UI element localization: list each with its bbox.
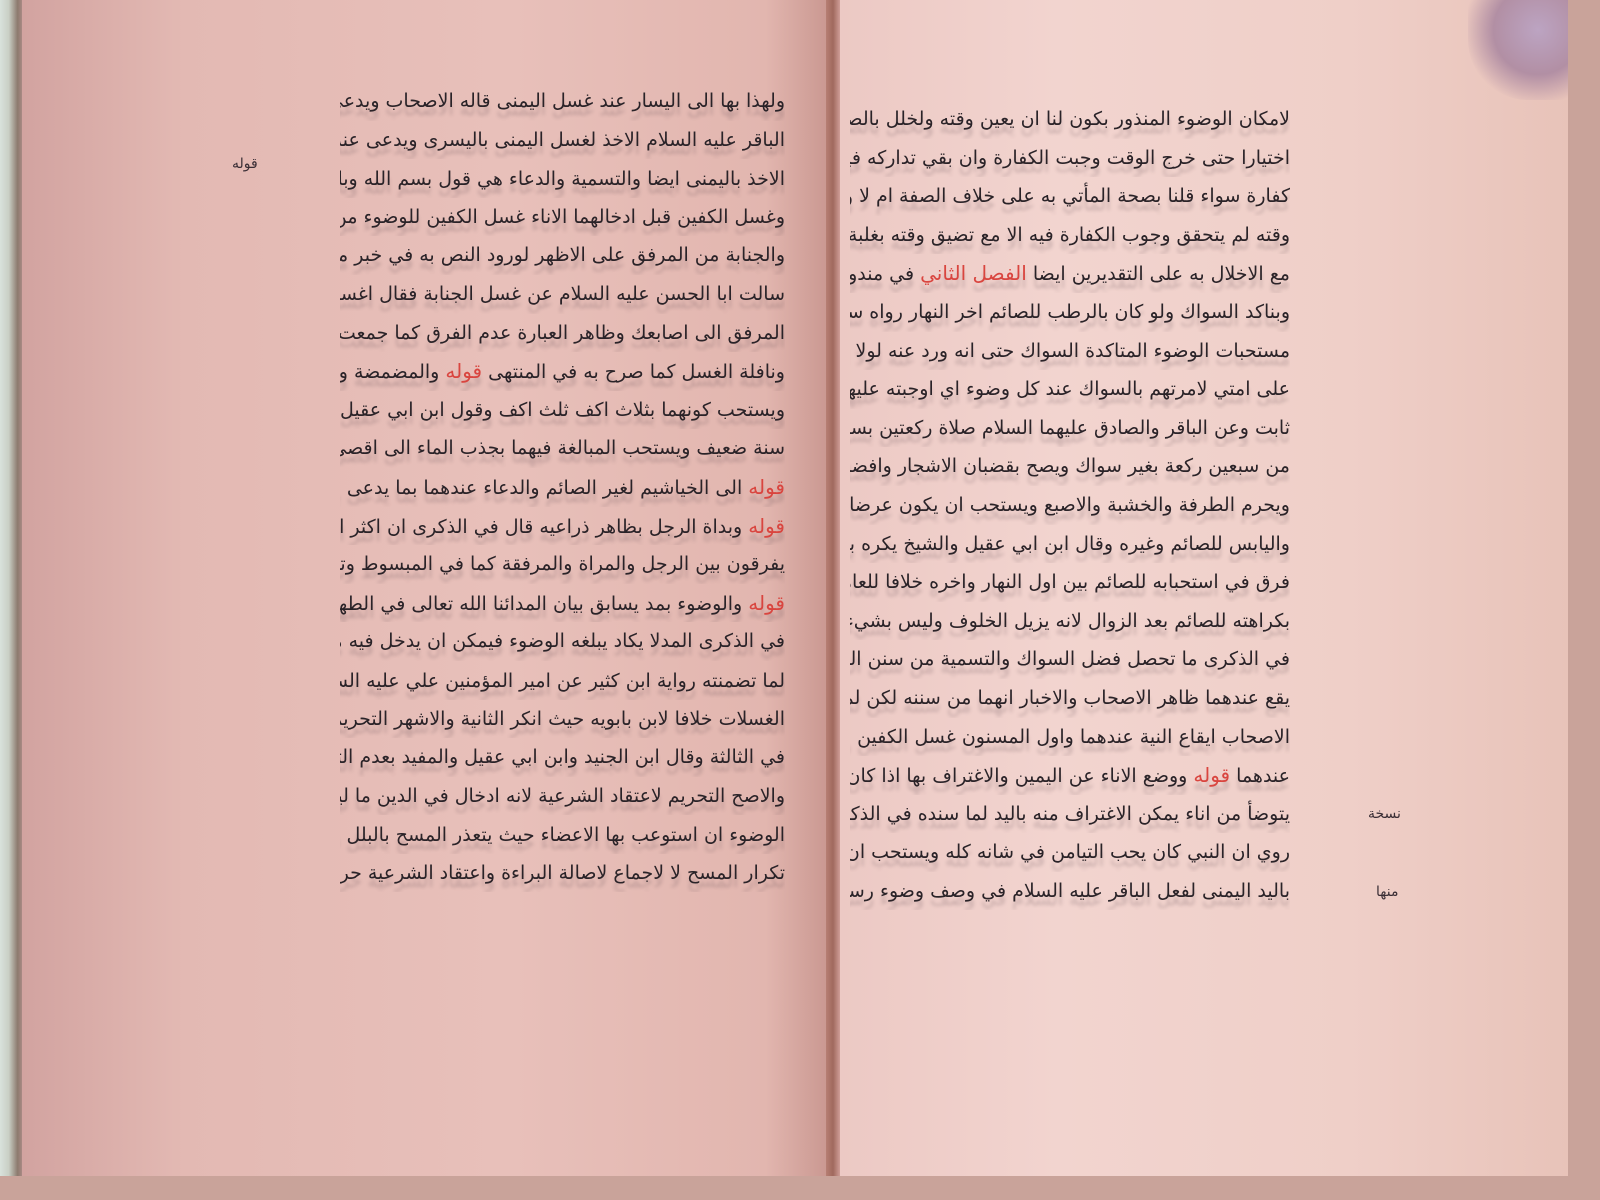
text-line: سالت ابا الحسن عليه السلام عن غسل الجناب…	[340, 275, 785, 314]
text-line: ونافلة الغسل كما صرح به في المنتهى قوله …	[340, 352, 785, 391]
right-page-text: لامكان الوضوء المنذور بكون لنا ان يعين و…	[850, 100, 1290, 910]
text-line: فرق في استحبابه للصائم بين اول النهار وا…	[850, 563, 1290, 602]
text-line: ولهذا بها الى اليسار عند غسل اليمنى قاله…	[340, 82, 785, 121]
text-line: الوضوء ان استوعب بها الاعضاء حيث يتعذر ا…	[340, 815, 785, 854]
text-line: وقته لم يتحقق وجوب الكفارة فيه الا مع تض…	[850, 216, 1290, 255]
rubric-word: قوله	[1193, 763, 1230, 787]
text-line: اختيارا حتى خرج الوقت وجبت الكفارة وان ب…	[850, 139, 1290, 178]
rubric-word: قوله	[748, 475, 785, 499]
text-line: والجنابة من المرفق على الاظهر لورود النص…	[340, 236, 785, 275]
chapter-heading: الفصل الثاني	[920, 261, 1027, 285]
text-line: في الذكرى ما تحصل فضل السواك والتسمية من…	[850, 640, 1290, 679]
text-line: واليابس للصائم وغيره وقال ابن ابي عقيل و…	[850, 525, 1290, 564]
text-line: وبناكد السواك ولو كان بالرطب للصائم اخر …	[850, 293, 1290, 332]
text-line: يتوضأ من اناء يمكن الاغتراف منه باليد لم…	[850, 795, 1290, 834]
text-line: الاصحاب ايقاع النية عندهما واول المسنون …	[850, 718, 1290, 757]
left-margin-note: قوله	[232, 156, 258, 172]
book-gutter	[826, 0, 840, 1176]
text-line: كفارة سواء قلنا بصحة المأتي به على خلاف …	[850, 177, 1290, 216]
text-line: المرفق الى اصابعك وظاهر العبارة عدم الفر…	[340, 314, 785, 353]
text-line: في الثالثة وقال ابن الجنيد وابن ابي عقيل…	[340, 738, 785, 777]
text-line: قوله والوضوء بمد يسابق بيان المدائنا الل…	[340, 584, 785, 623]
text-line: الغسلات خلافا لابن بابويه حيث انكر الثان…	[340, 700, 785, 739]
text-line: روي ان النبي كان يحب التيامن في شانه كله…	[850, 833, 1290, 872]
text-line: ويستحب كونهما بثلاث اكف ثلث اكف وقول ابن…	[340, 391, 785, 430]
thumb-finger	[1468, 0, 1568, 100]
text-line: ثابت وعن الباقر والصادق عليهما السلام صل…	[850, 409, 1290, 448]
text-line: بكراهته للصائم بعد الزوال لانه يزيل الخل…	[850, 602, 1290, 641]
right-margin-note: منها	[1376, 884, 1398, 900]
text-line: عندهما قوله ووضع الاناء عن اليمين والاغت…	[850, 756, 1290, 795]
text-line: من سبعين ركعة بغير سواك ويصح بقضبان الاش…	[850, 447, 1290, 486]
text-line: مستحبات الوضوء المتاكدة السواك حتى انه و…	[850, 332, 1290, 371]
text-line: مع الاخلال به على التقديرين ايضا الفصل ا…	[850, 254, 1290, 293]
book-edge	[0, 0, 22, 1176]
text-line: في الذكرى المدلا يكاد يبلغه الوضوء فيمكن…	[340, 622, 785, 661]
text-line: قوله الى الخياشيم لغير الصائم والدعاء عن…	[340, 468, 785, 507]
rubric-word: قوله	[445, 359, 482, 383]
text-line: يقع عندهما ظاهر الاصحاب والاخبار انهما م…	[850, 679, 1290, 718]
text-line: والاصح التحريم لاعتقاد الشرعية لانه ادخا…	[340, 777, 785, 816]
text-line: الباقر عليه السلام الاخذ لغسل اليمنى بال…	[340, 121, 785, 160]
text-line: ويحرم الطرفة والخشبة والاصبع ويستحب ان ي…	[850, 486, 1290, 525]
text-line: لما تضمنته رواية ابن كثير عن امير المؤمن…	[340, 661, 785, 700]
text-line: يفرقون بين الرجل والمراة والمرفقة كما في…	[340, 545, 785, 584]
text-line: باليد اليمنى لفعل الباقر عليه السلام في …	[850, 872, 1290, 911]
left-page-text: ولهذا بها الى اليسار عند غسل اليمنى قاله…	[340, 82, 785, 892]
text-line: وغسل الكفين قبل ادخالهما الاناء غسل الكف…	[340, 198, 785, 237]
text-line: قوله وبداة الرجل بظاهر ذراعيه قال في الذ…	[340, 507, 785, 546]
text-line: سنة ضعيف ويستحب المبالغة فيهما بجذب الما…	[340, 429, 785, 468]
rubric-word: قوله	[748, 591, 785, 615]
text-line: تكرار المسح لا لاجماع لاصالة البراءة واع…	[340, 854, 785, 893]
right-margin-note: نسخة	[1368, 806, 1401, 822]
rubric-word: قوله	[748, 514, 785, 538]
text-line: لامكان الوضوء المنذور بكون لنا ان يعين و…	[850, 100, 1290, 139]
text-line: على امتي لامرتهم بالسواك عند كل وضوء اي …	[850, 370, 1290, 409]
text-line: الاخذ باليمنى ايضا والتسمية والدعاء هي ق…	[340, 159, 785, 198]
